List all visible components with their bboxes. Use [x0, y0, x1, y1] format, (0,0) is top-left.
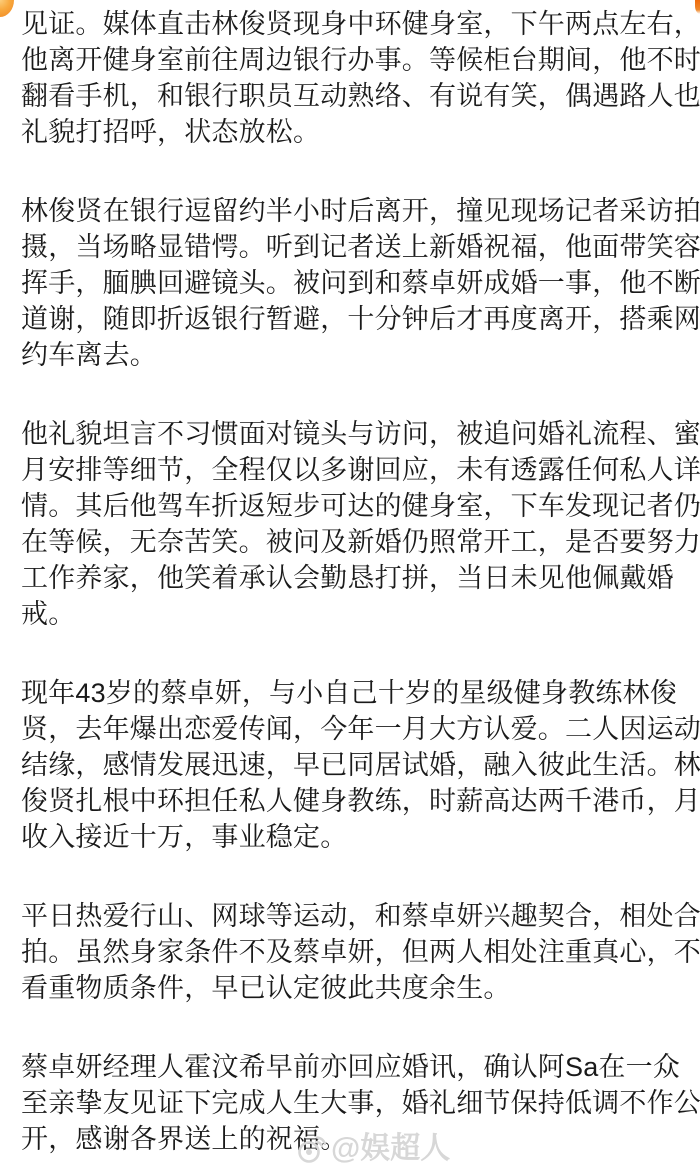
text-line: 在等候，无奈苦笑。被问及新婚仍照常开工，是否要努力 [21, 524, 696, 560]
text-line: 看重物质条件，早已认定彼此共度余生。 [21, 970, 696, 1006]
text-line: 结缘，感情发展迅速，早已同居试婚，融入彼此生活。林 [21, 747, 696, 783]
paragraph-3: 他礼貌坦言不习惯面对镜头与访问，被追问婚礼流程、蜜月安排等细节，全程仅以多谢回应… [21, 416, 696, 632]
article-body: 见证。媒体直击林俊贤现身中环健身室，下午两点左右，他离开健身室前往周边银行办事。… [0, 0, 700, 1157]
text-line: 月安排等细节，全程仅以多谢回应，未有透露任何私人详 [21, 452, 696, 488]
paragraph-5: 平日热爱行山、网球等运动，和蔡卓妍兴趣契合，相处合拍。虽然身家条件不及蔡卓妍，但… [21, 898, 696, 1006]
paragraph-1: 见证。媒体直击林俊贤现身中环健身室，下午两点左右，他离开健身室前往周边银行办事。… [21, 6, 696, 150]
text-line: 他离开健身室前往周边银行办事。等候柜台期间，他不时 [21, 42, 696, 78]
text-line: 俊贤扎根中环担任私人健身教练，时薪高达两千港币，月 [21, 783, 696, 819]
text-line: 蔡卓妍经理人霍汶希早前亦回应婚讯，确认阿Sa在一众 [21, 1049, 696, 1085]
text-line: 约车离去。 [21, 337, 696, 373]
text-line: 翻看手机，和银行职员互动熟络、有说有笑，偶遇路人也 [21, 78, 696, 114]
text-line: 至亲挚友见证下完成人生大事，婚礼细节保持低调不作公 [21, 1085, 696, 1121]
text-line: 礼貌打招呼，状态放松。 [21, 114, 696, 150]
text-line: 拍。虽然身家条件不及蔡卓妍，但两人相处注重真心，不 [21, 934, 696, 970]
text-line: 林俊贤在银行逗留约半小时后离开，撞见现场记者采访拍 [21, 193, 696, 229]
text-line: 工作养家，他笑着承认会勤恳打拼，当日未见他佩戴婚 [21, 560, 696, 596]
author-watermark: @娱超人 [296, 1132, 450, 1166]
text-line: 道谢，随即折返银行暂避，十分钟后才再度离开，搭乘网 [21, 301, 696, 337]
text-line: 现年43岁的蔡卓妍，与小自己十岁的星级健身教练林俊 [21, 675, 696, 711]
text-line: 见证。媒体直击林俊贤现身中环健身室，下午两点左右， [21, 6, 696, 42]
text-line: 挥手，腼腆回避镜头。被问到和蔡卓妍成婚一事，他不断 [21, 265, 696, 301]
text-line: 摄，当场略显错愕。听到记者送上新婚祝福，他面带笑容 [21, 229, 696, 265]
text-line: 戒。 [21, 596, 696, 632]
text-line: 收入接近十万，事业稳定。 [21, 819, 696, 855]
watermark-handle: @娱超人 [331, 1132, 450, 1166]
paragraph-2: 林俊贤在银行逗留约半小时后离开，撞见现场记者采访拍摄，当场略显错愕。听到记者送上… [21, 193, 696, 373]
text-line: 情。其后他驾车折返短步可达的健身室，下车发现记者仍 [21, 488, 696, 524]
text-line: 他礼貌坦言不习惯面对镜头与访问，被追问婚礼流程、蜜 [21, 416, 696, 452]
paragraph-4: 现年43岁的蔡卓妍，与小自己十岁的星级健身教练林俊贤，去年爆出恋爱传闻，今年一月… [21, 675, 696, 855]
weibo-eye-icon [296, 1134, 326, 1164]
text-line: 平日热爱行山、网球等运动，和蔡卓妍兴趣契合，相处合 [21, 898, 696, 934]
text-line: 贤，去年爆出恋爱传闻，今年一月大方认爱。二人因运动 [21, 711, 696, 747]
